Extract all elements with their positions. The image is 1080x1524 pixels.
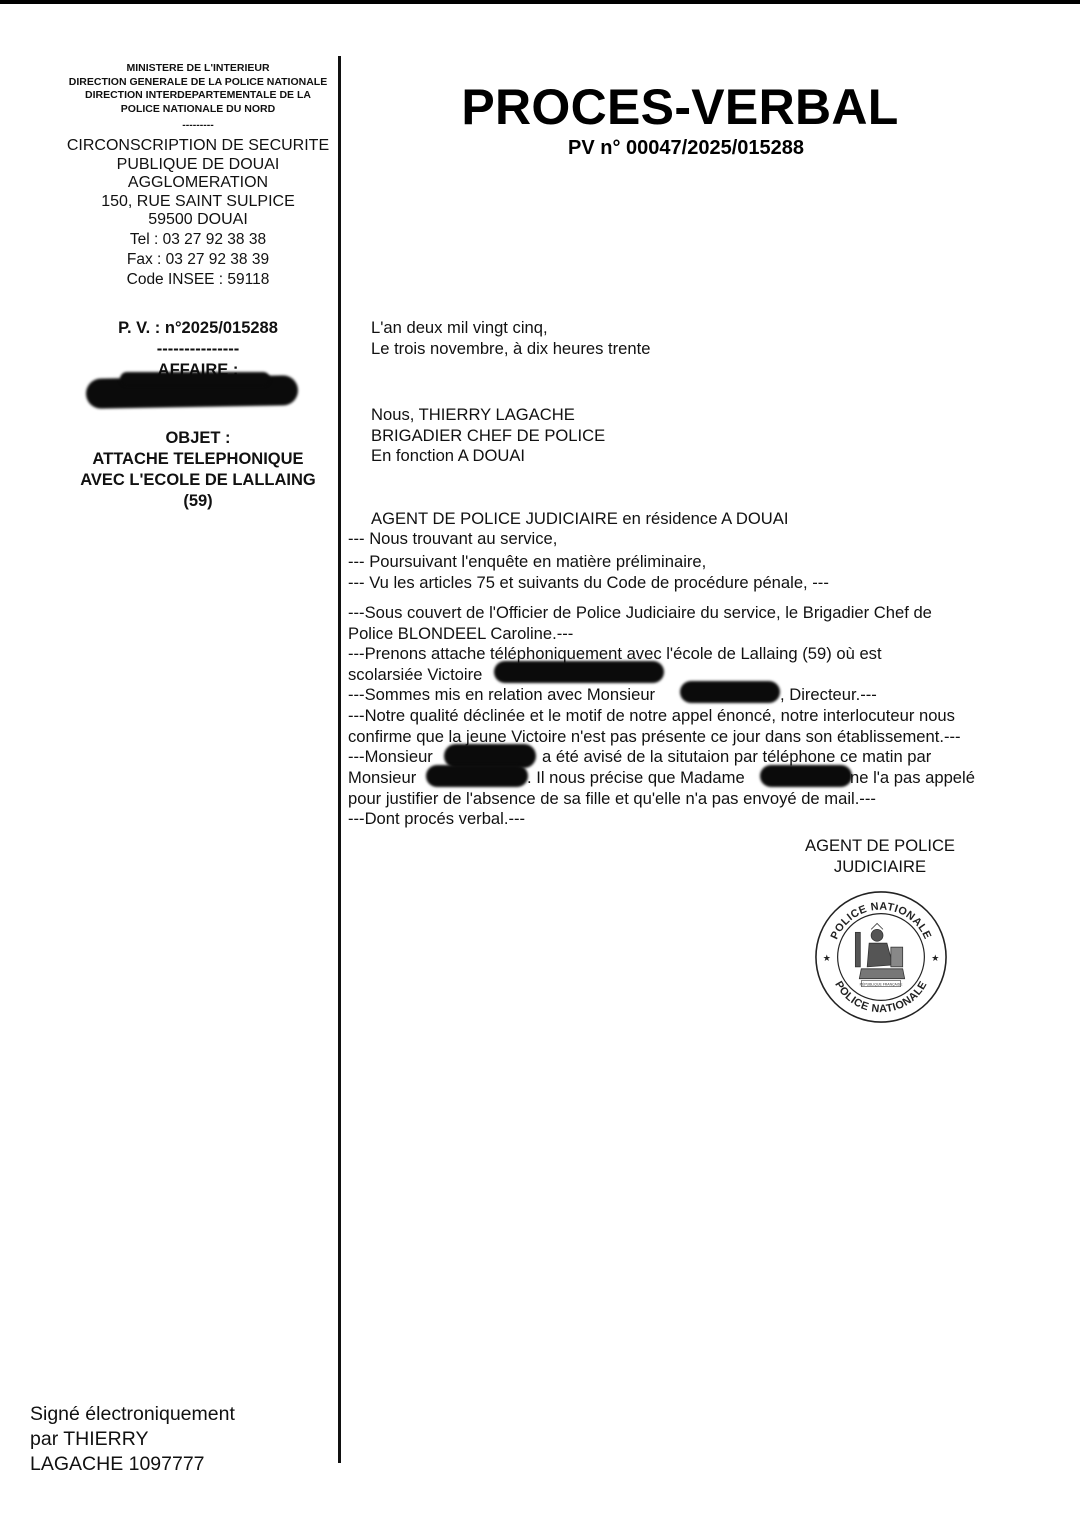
body-line: ---Notre qualité déclinée et le motif de… [348,706,955,727]
ministry-header: MINISTERE DE L'INTERIEUR DIRECTION GENER… [56,62,340,131]
service-line: AGGLOMERATION [56,174,340,193]
objet-line: ATTACHE TELEPHONIQUE [56,449,340,470]
fax-number: Fax : 03 27 92 38 39 [56,250,340,270]
police-nationale-seal-icon: POLICE NATIONALE POLICE NATIONALE ★ ★ RÉ… [812,888,950,1026]
service-line: 59500 DOUAI [56,211,340,230]
service-line: CIRCONSCRIPTION DE SECURITE [56,137,340,156]
body-line: ---Sous couvert de l'Officier de Police … [348,603,932,624]
body-line: . Il nous précise que Madame [527,768,745,789]
body-line: , Directeur.--- [780,685,877,706]
document-pv-number: PV n° 00047/2025/015288 [400,137,972,160]
redaction-student-name [494,661,664,683]
objet-label: OBJET : [56,428,340,449]
objet-line: (59) [56,491,340,512]
insee-code: Code INSEE : 59118 [56,270,340,290]
redaction-director-name [680,681,780,703]
body-line: pour justifier de l'absence de sa fille … [348,789,876,810]
date-line: Le trois novembre, à dix heures trente [371,339,650,360]
objet-line: AVEC L'ECOLE DE LALLAING [56,470,340,491]
document-title: PROCES-VERBAL [400,78,960,136]
ministry-line: POLICE NATIONALE DU NORD [56,103,340,117]
phone-number: Tel : 03 27 92 38 38 [56,230,340,250]
svg-text:★: ★ [931,953,939,963]
body-line: Monsieur [348,768,416,789]
header-separator: --------- [56,119,340,131]
signature-line: LAGACHE 1097777 [30,1452,235,1477]
redaction-affaire-tail [120,372,270,386]
agent-title-line: JUDICIAIRE [780,856,980,877]
body-line: ---Monsieur [348,747,433,768]
preamble-line: --- Nous trouvant au service, [348,529,557,550]
body-line: a été avisé de la situtaion par téléphon… [542,747,931,768]
pv-separator: --------------- [56,339,340,360]
svg-text:RÉPUBLIQUE FRANÇAISE: RÉPUBLIQUE FRANÇAISE [860,982,903,987]
ministry-line: MINISTERE DE L'INTERIEUR [56,62,340,76]
officer-rank: BRIGADIER CHEF DE POLICE [371,426,605,447]
service-address: CIRCONSCRIPTION DE SECURITE PUBLIQUE DE … [56,137,340,290]
body-line: ne l'a pas appelé [850,768,975,789]
body-line: Police BLONDEEL Caroline.--- [348,624,573,645]
redaction-mother-name [760,765,852,787]
officer-name: Nous, THIERRY LAGACHE [371,405,575,426]
officer-location: En fonction A DOUAI [371,446,525,467]
redaction-name [426,765,528,787]
date-line: L'an deux mil vingt cinq, [371,318,548,339]
service-line: 150, RUE SAINT SULPICE [56,193,340,212]
body-line: ---Sommes mis en relation avec Monsieur [348,685,655,706]
objet-block: OBJET : ATTACHE TELEPHONIQUE AVEC L'ECOL… [56,428,340,512]
signature-line: par THIERRY [30,1427,235,1452]
preamble-line: --- Poursuivant l'enquête en matière pré… [348,552,706,573]
agent-title-line: AGENT DE POLICE [780,835,980,856]
officer-qualite: AGENT DE POLICE JUDICIAIRE en résidence … [371,509,788,530]
electronic-signature: Signé électroniquement par THIERRY LAGAC… [30,1402,235,1477]
closing-line: ---Dont procés verbal.--- [348,809,525,830]
svg-text:★: ★ [823,953,831,963]
ministry-line: DIRECTION INTERDEPARTEMENTALE DE LA [56,89,340,103]
body-line: confirme que la jeune Victoire n'est pas… [348,727,961,748]
body-line: scolarsiée Victoire [348,665,482,686]
top-border [0,0,1080,4]
preamble-line: --- Vu les articles 75 et suivants du Co… [348,573,829,594]
ministry-line: DIRECTION GENERALE DE LA POLICE NATIONAL… [56,76,340,90]
service-line: PUBLIQUE DE DOUAI [56,156,340,175]
pv-reference: P. V. : n°2025/015288 [56,318,340,339]
agent-signature-block: AGENT DE POLICE JUDICIAIRE [780,835,980,877]
signature-line: Signé électroniquement [30,1402,235,1427]
